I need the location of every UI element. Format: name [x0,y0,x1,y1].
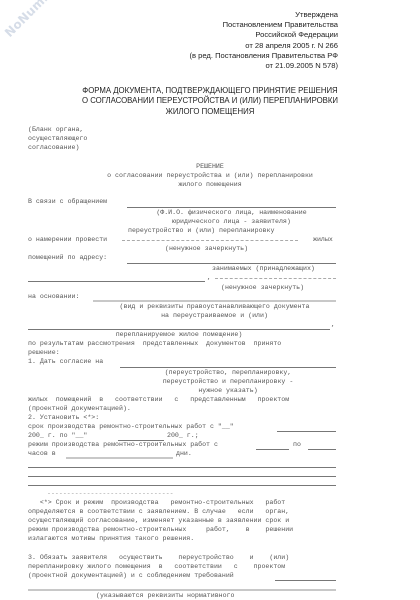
comma: , [207,274,211,283]
item-1-label: 1. Дать согласие на [28,358,103,367]
strike-hint: (ненужное зачеркнуть) [221,284,304,293]
form-title-line: ЖИЛОГО ПОМЕЩЕНИЯ [0,107,420,117]
footnote-separator: -------------------------------- [47,490,174,499]
basis-hint: перепланируемое жилое помещение) [28,331,330,340]
footnote-text: режим производства ремонтно-строительных… [28,526,293,535]
basis-hint: на переустраиваемое и (или) [93,312,336,321]
authority-line: согласование) [28,144,87,153]
approval-line: от 28 апреля 2005 г. N 266 [189,41,338,51]
results-text: решение: [28,349,60,358]
watermark: NoNumber.ru [2,0,77,40]
requirements-field-2[interactable] [28,589,336,591]
footnote-text: осуществляющий согласование, изменяет ук… [28,517,289,526]
authority-block: (Бланк органа,осуществляющегосогласовани… [28,126,87,153]
item-3-text: 3. Обязать заявителя осуществить переуст… [28,554,289,563]
intention-label: о намерении провести [28,236,107,245]
approval-stamp: Утверждена Постановлением Правительства … [189,10,338,71]
term-text: срок производства ремонтно-строительных … [28,423,234,432]
approval-line: Российской Федерации [189,30,338,40]
consent-field[interactable] [120,367,336,368]
applicant-hint: юридического лица - заявителя) [127,218,336,227]
term-text: 200_ г. по "__" [28,432,87,441]
decision-subtitle: жилого помещения [0,181,420,190]
blank-line[interactable] [28,476,336,477]
mode-days-field[interactable] [66,457,173,459]
footnote-text: излагаются мотивы принятия такого решени… [28,535,194,544]
basis-hint: (вид и реквизиты правоустанавливающего д… [93,303,336,312]
item-1-text: жилых помещений в соответствии с предста… [28,396,289,405]
requirements-field[interactable] [275,580,336,581]
authority-line: осуществляющего [28,135,87,144]
mode-from-field[interactable] [256,449,289,450]
authority-line: (Бланк органа, [28,126,87,135]
item-3-text: (проектной документацией) и с соблюдение… [28,572,234,581]
requirements-hint: (указываются реквизиты нормативного [96,592,235,600]
form-title: ФОРМА ДОКУМЕНТА, ПОДТВЕРЖДАЮЩЕГО ПРИНЯТИ… [0,86,420,117]
basis-field-2[interactable] [28,329,330,330]
consent-hint: (переустройство, перепланировку, [120,369,336,378]
footnote-text: определяются в соответствии с заявлением… [28,508,289,517]
approval-line: (в ред. Постановления Правительства РФ [189,51,338,61]
address-field-2[interactable] [28,281,205,282]
basis-label: на основании: [28,293,79,302]
occupied-strike-field[interactable] [215,278,336,279]
item-3-text: перепланировку жилого помещения в соотве… [28,563,285,572]
mode-text: часов в [28,450,56,459]
mode-to-label: по [293,441,301,450]
mode-text: режим производства ремонтно-строительных… [28,441,218,450]
applicant-field[interactable] [127,207,336,208]
item-1-text: (проектной документацией). [28,405,131,414]
comma: , [331,321,335,330]
basis-field[interactable] [93,300,336,302]
form-title-line: ФОРМА ДОКУМЕНТА, ПОДТВЕРЖДАЮЩЕГО ПРИНЯТИ… [0,86,420,96]
consent-hint: переустройство и перепланировку - [120,378,336,387]
works-strike-field[interactable] [122,240,298,241]
mode-text: дни. [176,450,192,459]
form-title-line: О СОГЛАСОВАНИИ ПЕРЕУСТРОЙСТВА И (ИЛИ) ПЕ… [0,96,420,106]
blank-line[interactable] [28,467,336,468]
term-text: 200_ г.; [167,432,199,441]
residential-label: жилых [313,236,333,245]
approval-line: Постановлением Правительства [189,20,338,30]
term-start-field[interactable] [277,431,336,432]
address-label: помещений по адресу: [28,254,107,263]
strike-hint: (ненужное зачеркнуть) [165,245,248,254]
blank-line[interactable] [28,485,336,486]
item-2-label: 2. Установить <*>: [28,414,99,423]
mode-to-field[interactable] [308,449,336,450]
decision-subtitle: о согласовании переустройства и (или) пе… [0,172,420,181]
occupied-label: занимаемых (принадлежащих) [212,265,315,274]
applicant-hint: (Ф.И.О. физического лица, наименование [127,209,336,218]
in-connection-label: В связи с обращением [28,198,107,207]
results-text: по результатам рассмотрения представленн… [28,340,281,349]
address-field[interactable] [127,263,336,264]
decision-title: РЕШЕНИЕ [0,163,420,172]
approval-line: Утверждена [189,10,338,20]
footnote-text: <*> Срок и режим производства ремонтно-с… [28,499,285,508]
approval-line: от 21.09.2005 N 578) [189,61,338,71]
works-options: переустройство и (или) перепланировку [128,227,274,236]
consent-hint: нужное указать) [120,387,336,396]
